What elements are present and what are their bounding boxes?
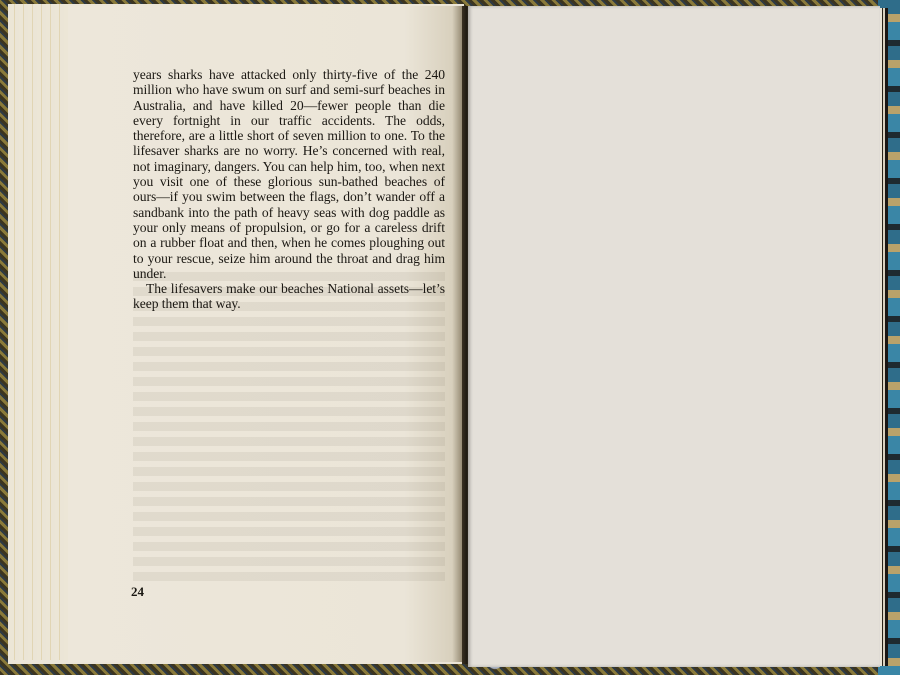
paragraph: The lifesavers make our beaches National… bbox=[133, 281, 445, 312]
show-through-text bbox=[133, 272, 445, 582]
right-page-blank bbox=[468, 6, 880, 667]
right-page-edges bbox=[880, 8, 888, 666]
page-number: 24 bbox=[131, 584, 144, 600]
body-text: years sharks have attacked only thirty-f… bbox=[133, 67, 445, 312]
page-fore-edges bbox=[10, 4, 68, 660]
paragraph: years sharks have attacked only thirty-f… bbox=[133, 67, 445, 281]
